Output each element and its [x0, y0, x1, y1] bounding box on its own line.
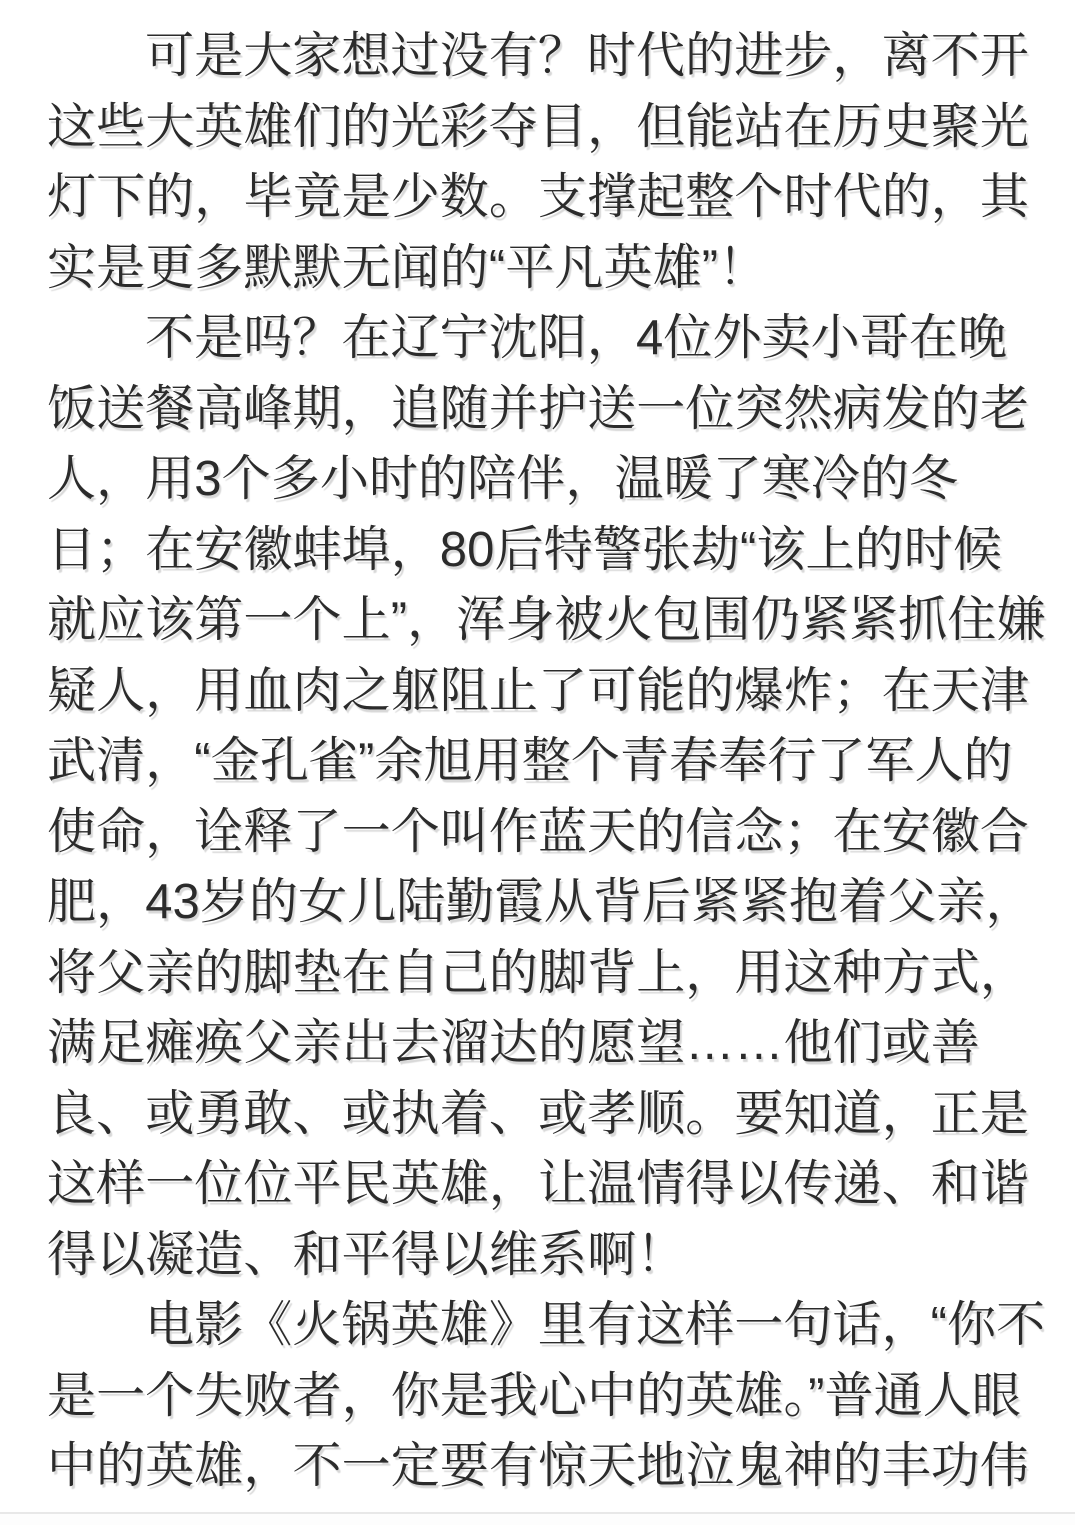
text-line: 武清，“金孔雀”余旭用整个青春奉行了军人的 — [47, 726, 1032, 797]
text-line: 电影《火锅英雄》里有这样一句话，“你不 — [47, 1290, 1032, 1361]
text-line: 不是吗？在辽宁沈阳，4位外卖小哥在晚 — [47, 303, 1032, 374]
text-line: 实是更多默默无闻的“平凡英雄”！ — [47, 233, 1032, 304]
paragraph: 可是大家想过没有？时代的进步，离不开这些大英雄们的光彩夺目，但能站在历史聚光灯下… — [47, 21, 1032, 303]
text-line: 灯下的，毕竟是少数。支撑起整个时代的，其 — [47, 162, 1032, 233]
text-line: 这样一位位平民英雄，让温情得以传递、和谐 — [47, 1149, 1032, 1220]
text-line: 可是大家想过没有？时代的进步，离不开 — [47, 21, 1032, 92]
bottom-strip — [0, 1514, 1075, 1525]
paragraph: 不是吗？在辽宁沈阳，4位外卖小哥在晚饭送餐高峰期，追随并护送一位突然病发的老人，… — [47, 303, 1032, 1290]
text-line: 使命，诠释了一个叫作蓝天的信念；在安徽合 — [47, 797, 1032, 868]
text-line: 中的英雄，不一定要有惊天地泣鬼神的丰功伟 — [47, 1431, 1032, 1502]
text-line: 疑人，用血肉之躯阻止了可能的爆炸；在天津 — [47, 656, 1032, 727]
text-line: 人，用3个多小时的陪伴，温暖了寒冷的冬 — [47, 444, 1032, 515]
text-line: 这些大英雄们的光彩夺目，但能站在历史聚光 — [47, 92, 1032, 163]
text-line: 良、或勇敢、或执着、或孝顺。要知道，正是 — [47, 1079, 1032, 1150]
text-line: 肥，43岁的女儿陆勤霞从背后紧紧抱着父亲， — [47, 867, 1032, 938]
text-line: 将父亲的脚垫在自己的脚背上，用这种方式， — [47, 938, 1032, 1009]
text-line: 日；在安徽蚌埠，80后特警张劫“该上的时候 — [47, 515, 1032, 586]
paragraph: 电影《火锅英雄》里有这样一句话，“你不是一个失败者，你是我心中的英雄。”普通人眼… — [47, 1290, 1032, 1502]
text-line: 是一个失败者，你是我心中的英雄。”普通人眼 — [47, 1361, 1032, 1432]
article-text: 可是大家想过没有？时代的进步，离不开这些大英雄们的光彩夺目，但能站在历史聚光灯下… — [47, 21, 1032, 1502]
text-line: 就应该第一个上”，浑身被火包围仍紧紧抓住嫌 — [47, 585, 1032, 656]
document-page: 可是大家想过没有？时代的进步，离不开这些大英雄们的光彩夺目，但能站在历史聚光灯下… — [0, 0, 1075, 1525]
text-line: 饭送餐高峰期，追随并护送一位突然病发的老 — [47, 374, 1032, 445]
text-line: 满足瘫痪父亲出去溜达的愿望……他们或善 — [47, 1008, 1032, 1079]
text-line: 得以凝造、和平得以维系啊！ — [47, 1220, 1032, 1291]
